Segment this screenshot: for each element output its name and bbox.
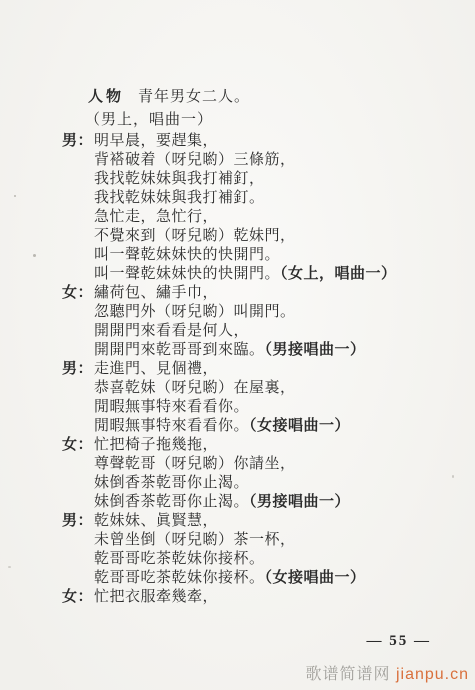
script-line: 乾哥哥吃茶乾妹你接杯。（女接唱曲一） — [62, 569, 459, 588]
speaker-label: 女： — [62, 436, 93, 455]
characters-line: 人物青年男女二人。 — [62, 86, 459, 109]
lyric-text: 未曾坐倒（呀兒喲）茶一杯， — [94, 532, 296, 548]
lyric-text: 忙把衣服牽幾牽， — [94, 589, 218, 605]
script-line: 我找乾妹妹與我打補釘。 — [62, 189, 459, 208]
scan-speck — [14, 195, 16, 197]
lyric-text: 開開門來看看是何人， — [94, 323, 249, 339]
speaker-label: 女： — [62, 588, 93, 607]
lyric-text: 忙把椅子拖幾拖， — [94, 437, 218, 453]
lyric-text: 我找乾妹妹與我打補釘， — [94, 171, 265, 187]
speaker-label: 女： — [62, 284, 93, 303]
watermark-site-domain: jianpu.cn — [396, 666, 469, 683]
lyric-text: 叫一聲乾妹妹快的快開門。 — [94, 266, 280, 282]
lyric-text: 背褡破着（呀兒喲）三條筋， — [94, 152, 296, 168]
script-line: 開開門來乾哥哥到來臨。（男接唱曲一） — [62, 341, 459, 360]
lyric-text: 閒暇無事特來看看你。 — [94, 418, 249, 434]
watermark-site-name: 歌谱简谱网 — [305, 666, 390, 683]
script-line: 忽聽門外（呀兒喲）叫開門。 — [62, 303, 459, 322]
lyric-text: 妹倒香茶乾哥你止渴。 — [94, 475, 249, 491]
script-line: 男：走進門、見個禮， — [62, 360, 459, 379]
opening-stage-direction: （男上，唱曲一） — [62, 109, 459, 132]
script-line: 叫一聲乾妹妹快的快開門。（女上，唱曲一） — [62, 265, 459, 284]
lyric-text: 閒暇無事特來看看你。 — [94, 399, 249, 415]
speaker-label: 男： — [62, 360, 93, 379]
lyric-text: 叫一聲乾妹妹快的快開門。 — [94, 247, 280, 263]
script-line: 背褡破着（呀兒喲）三條筋， — [62, 151, 459, 170]
stage-direction: （男接唱曲一） — [249, 494, 350, 510]
lyric-text: 乾妹妹、眞賢慧， — [94, 513, 218, 529]
lyric-text: 乾哥哥吃茶乾妹你接杯。 — [94, 570, 265, 586]
script-line: 閒暇無事特來看看你。（女接唱曲一） — [62, 417, 459, 436]
script-line: 乾哥哥吃茶乾妹你接杯。 — [62, 550, 459, 569]
page-number: — 55 — — [367, 633, 432, 650]
scan-speck — [8, 566, 11, 568]
lyric-text: 開開門來乾哥哥到來臨。 — [94, 342, 265, 358]
script-line: 閒暇無事特來看看你。 — [62, 398, 459, 417]
script-line: 開開門來看看是何人， — [62, 322, 459, 341]
lyric-text: 妹倒香茶乾哥你止渴。 — [94, 494, 249, 510]
script-line: 未曾坐倒（呀兒喲）茶一杯， — [62, 531, 459, 550]
lyric-text: 急忙走，急忙行， — [94, 209, 218, 225]
stage-direction: （女接唱曲一） — [249, 418, 350, 434]
script-line: 叫一聲乾妹妹快的快開門。 — [62, 246, 459, 265]
script-line: 妹倒香茶乾哥你止渴。 — [62, 474, 459, 493]
lyric-text: 不覺來到（呀兒喲）乾妹門， — [94, 228, 296, 244]
stage-direction: （女上，唱曲一） — [280, 266, 397, 282]
characters-value: 青年男女二人。 — [138, 89, 250, 105]
stage-direction: （女接唱曲一） — [265, 570, 366, 586]
scan-speck — [33, 254, 36, 257]
script-line: 恭喜乾妹（呀兒喲）在屋裏， — [62, 379, 459, 398]
script-lines: 男：明早晨，要趕集， 背褡破着（呀兒喲）三條筋， 我找乾妹妹與我打補釘， 我找乾… — [62, 132, 459, 607]
script-line: 男：明早晨，要趕集， — [62, 132, 459, 151]
script-line: 女：忙把衣服牽幾牽， — [62, 588, 459, 607]
script-line: 我找乾妹妹與我打補釘， — [62, 170, 459, 189]
stage-direction: （男接唱曲一） — [265, 342, 366, 358]
speaker-label: 男： — [62, 512, 93, 531]
script-line: 尊聲乾哥（呀兒喲）你請坐， — [62, 455, 459, 474]
speaker-label: 男： — [62, 132, 93, 151]
script-line: 女：忙把椅子拖幾拖， — [62, 436, 459, 455]
script-line: 女：繡荷包、繡手巾， — [62, 284, 459, 303]
script-line: 不覺來到（呀兒喲）乾妹門， — [62, 227, 459, 246]
scanned-page: 人物青年男女二人。 （男上，唱曲一） 男：明早晨，要趕集， 背褡破着（呀兒喲）三… — [0, 0, 475, 690]
watermark: 歌谱简谱网 jianpu.cn — [305, 661, 469, 684]
lyric-text: 恭喜乾妹（呀兒喲）在屋裏， — [94, 380, 296, 396]
script-text-block: 人物青年男女二人。 （男上，唱曲一） 男：明早晨，要趕集， 背褡破着（呀兒喲）三… — [62, 86, 459, 607]
lyric-text: 我找乾妹妹與我打補釘。 — [94, 190, 265, 206]
lyric-text: 尊聲乾哥（呀兒喲）你請坐， — [94, 456, 296, 472]
lyric-text: 明早晨，要趕集， — [94, 133, 218, 149]
lyric-text: 繡荷包、繡手巾， — [94, 285, 218, 301]
script-line: 男：乾妹妹、眞賢慧， — [62, 512, 459, 531]
characters-label: 人物 — [88, 89, 124, 105]
script-line: 妹倒香茶乾哥你止渴。（男接唱曲一） — [62, 493, 459, 512]
lyric-text: 乾哥哥吃茶乾妹你接杯。 — [94, 551, 265, 567]
script-line: 急忙走，急忙行， — [62, 208, 459, 227]
lyric-text: 走進門、見個禮， — [94, 361, 218, 377]
lyric-text: 忽聽門外（呀兒喲）叫開門。 — [94, 304, 296, 320]
